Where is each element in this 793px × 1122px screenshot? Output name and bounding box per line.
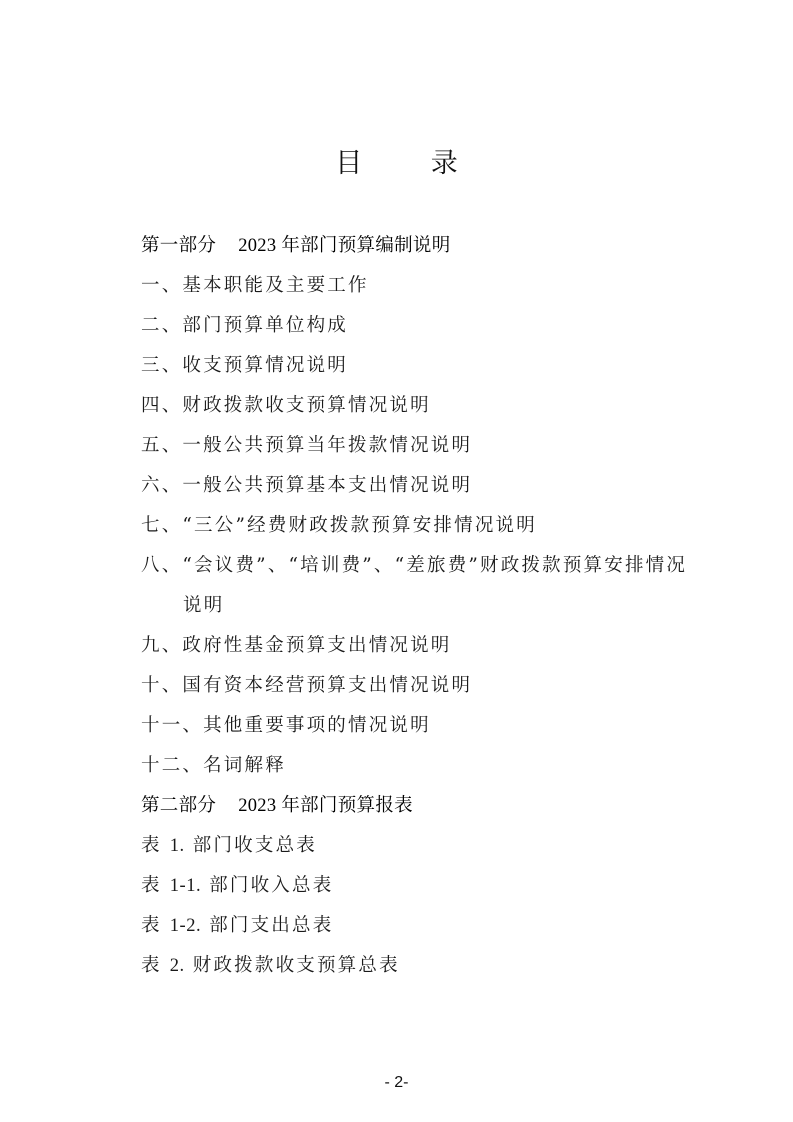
toc-item[interactable]: 三、收支预算情况说明 — [141, 346, 701, 386]
table-title: 部门支出总表 — [209, 915, 333, 936]
toc-item[interactable]: 二、部门预算单位构成 — [141, 306, 701, 346]
table-number: 1. — [170, 836, 185, 856]
part-label: 第二部分 — [141, 795, 216, 816]
table-title: 财政拨款收支预算总表 — [193, 955, 400, 976]
toc-item[interactable]: 四、财政拨款收支预算情况说明 — [141, 386, 701, 426]
toc-item[interactable]: 七、“三公”经费财政拨款预算安排情况说明 — [141, 506, 701, 546]
part-label: 第一部分 — [141, 235, 216, 256]
toc-item[interactable]: 九、政府性基金预算支出情况说明 — [141, 626, 701, 666]
table-prefix: 表 — [141, 915, 162, 936]
toc-item[interactable]: 十二、名词解释 — [141, 746, 701, 786]
toc-item[interactable]: 十一、其他重要事项的情况说明 — [141, 706, 701, 746]
toc-item-continuation[interactable]: 说明 — [141, 586, 701, 626]
table-prefix: 表 — [141, 875, 162, 896]
table-title: 部门收入总表 — [209, 875, 333, 896]
table-title: 部门收支总表 — [193, 835, 317, 856]
table-prefix: 表 — [141, 835, 162, 856]
toc-item[interactable]: 五、一般公共预算当年拨款情况说明 — [141, 426, 701, 466]
toc-item[interactable]: 一、基本职能及主要工作 — [141, 266, 701, 306]
part-heading: 2023 年部门预算编制说明 — [238, 236, 450, 256]
page-title: 目 录 — [0, 144, 793, 184]
page-number: - 2- — [0, 1074, 793, 1092]
toc-item[interactable]: 八、“会议费”、“培训费”、“差旅费”财政拨款预算安排情况 — [141, 546, 701, 586]
table-prefix: 表 — [141, 955, 162, 976]
toc-item[interactable]: 六、一般公共预算基本支出情况说明 — [141, 466, 701, 506]
toc-table-item[interactable]: 表 2. 财政拨款收支预算总表 — [141, 946, 701, 986]
table-number: 2. — [170, 956, 185, 976]
toc-part-heading[interactable]: 第一部分2023 年部门预算编制说明 — [141, 226, 701, 266]
toc-part-heading[interactable]: 第二部分2023 年部门预算报表 — [141, 786, 701, 826]
toc-table-item[interactable]: 表 1. 部门收支总表 — [141, 826, 701, 866]
table-of-contents: 第一部分2023 年部门预算编制说明 一、基本职能及主要工作 二、部门预算单位构… — [141, 226, 701, 986]
toc-table-item[interactable]: 表 1-1. 部门收入总表 — [141, 866, 701, 906]
table-number: 1-2. — [170, 916, 201, 936]
toc-item[interactable]: 十、国有资本经营预算支出情况说明 — [141, 666, 701, 706]
table-number: 1-1. — [170, 876, 201, 896]
part-heading: 2023 年部门预算报表 — [238, 796, 413, 816]
toc-table-item[interactable]: 表 1-2. 部门支出总表 — [141, 906, 701, 946]
